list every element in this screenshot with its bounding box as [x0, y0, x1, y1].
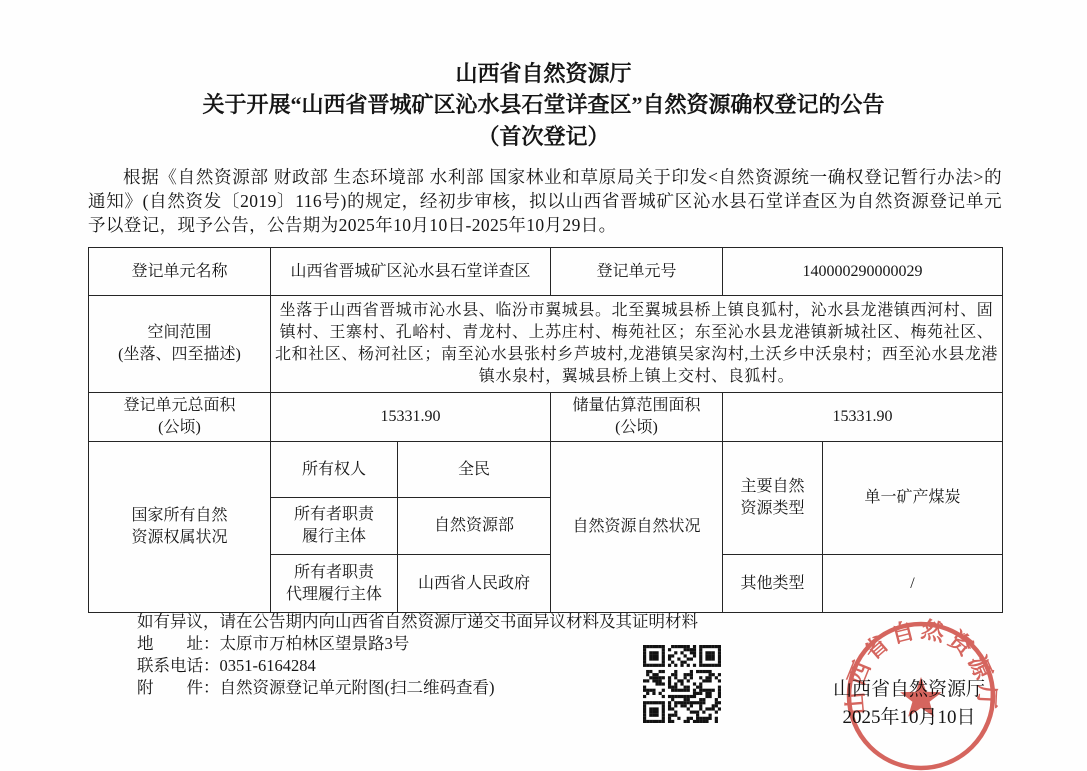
announcement-subtitle: （首次登记）	[0, 121, 1087, 153]
org-title: 山西省自然资源厅	[0, 58, 1087, 89]
address-line: 地 址：太原市万柏林区望景路3号	[137, 633, 698, 655]
table-row: 登记单元名称 山西省晋城矿区沁水县石堂详查区 登记单元号 14000029000…	[89, 248, 1003, 296]
scope-label: 空间范围 (坐落、四至描述)	[89, 296, 271, 393]
total-area-label: 登记单元总面积 (公顷)	[89, 393, 271, 442]
owner-label: 所有权人	[271, 442, 398, 498]
intro-paragraph: 根据《自然资源部 财政部 生态环境部 水利部 国家林业和草原局关于印发<自然资源…	[88, 166, 1002, 237]
table-row: 空间范围 (坐落、四至描述) 坐落于山西省晋城市沁水县、临汾市翼城县。北至翼城县…	[89, 296, 1003, 393]
duty-value: 自然资源部	[398, 498, 551, 555]
footer-block: 如有异议，请在公告期内向山西省自然资源厅递交书面异议材料及其证明材料 地 址：太…	[137, 611, 698, 699]
reserve-area-label: 储量估算范围面积 (公顷)	[551, 393, 723, 442]
owner-value: 全民	[398, 442, 551, 498]
title-block: 山西省自然资源厅 关于开展“山西省晋城矿区沁水县石堂详查区”自然资源确权登记的公…	[0, 58, 1087, 153]
agent-label: 所有者职责 代理履行主体	[271, 555, 398, 613]
announcement-title: 关于开展“山西省晋城矿区沁水县石堂详查区”自然资源确权登记的公告	[0, 89, 1087, 121]
reserve-area-value: 15331.90	[723, 393, 1003, 442]
total-area-value: 15331.90	[271, 393, 551, 442]
phone-line: 联系电话：0351-6164284	[137, 655, 698, 677]
unit-no-label: 登记单元号	[551, 248, 723, 296]
ownership-label: 国家所有自然 资源权属状况	[89, 442, 271, 613]
duty-label: 所有者职责 履行主体	[271, 498, 398, 555]
agent-value: 山西省人民政府	[398, 555, 551, 613]
main-type-value: 单一矿产煤炭	[823, 442, 1003, 555]
attachment-line: 附 件：自然资源登记单元附图(扫二维码查看)	[137, 677, 698, 699]
official-seal: 山西省自然资源厅	[841, 616, 1001, 771]
table-row: 国家所有自然 资源权属状况 所有权人 全民 自然资源自然状况 主要自然 资源类型…	[89, 442, 1003, 498]
registration-table: 登记单元名称 山西省晋城矿区沁水县石堂详查区 登记单元号 14000029000…	[88, 247, 1003, 613]
objection-note: 如有异议，请在公告期内向山西省自然资源厅递交书面异议材料及其证明材料	[137, 611, 698, 633]
other-type-label: 其他类型	[723, 555, 823, 613]
main-type-label: 主要自然 资源类型	[723, 442, 823, 555]
unit-name-label: 登记单元名称	[89, 248, 271, 296]
other-type-value: /	[823, 555, 1003, 613]
table-row: 登记单元总面积 (公顷) 15331.90 储量估算范围面积 (公顷) 1533…	[89, 393, 1003, 442]
qr-code-icon	[643, 645, 721, 723]
announcement-page: 山西省自然资源厅 关于开展“山西省晋城矿区沁水县石堂详查区”自然资源确权登记的公…	[0, 0, 1087, 771]
seal-star-icon	[900, 677, 942, 717]
scope-value: 坐落于山西省晋城市沁水县、临汾市翼城县。北至翼城县桥上镇良狐村，沁水县龙港镇西河…	[271, 296, 1003, 393]
unit-name-value: 山西省晋城矿区沁水县石堂详查区	[271, 248, 551, 296]
unit-no-value: 140000290000029	[723, 248, 1003, 296]
nature-status-label: 自然资源自然状况	[551, 442, 723, 613]
